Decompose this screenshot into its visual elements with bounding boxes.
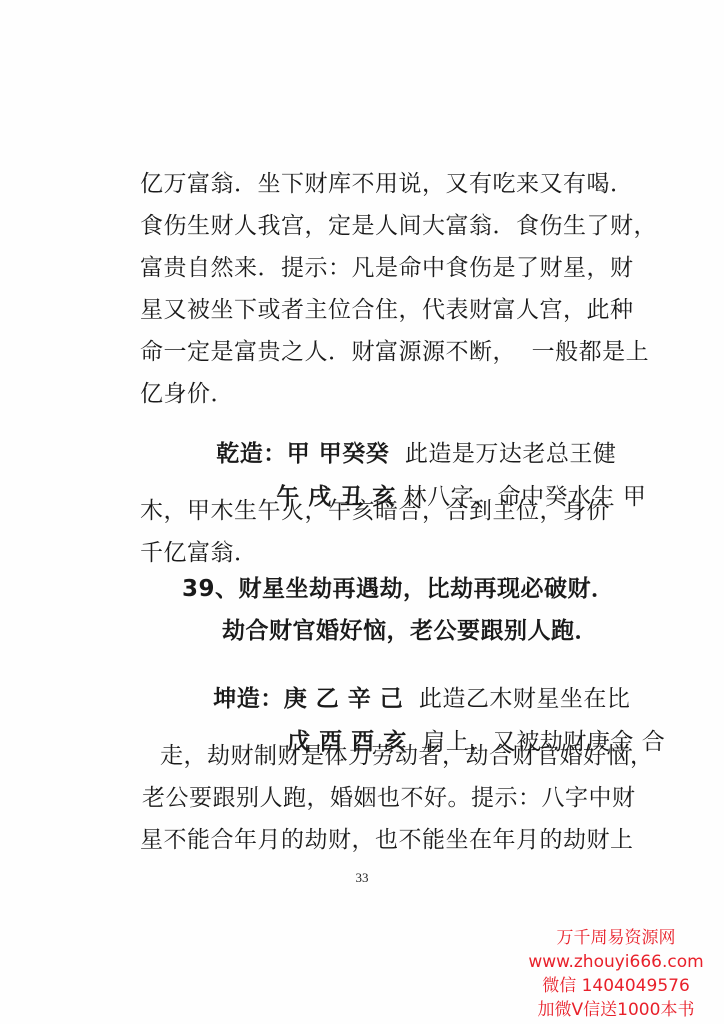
watermark-wechat: 微信 1404049576 — [516, 975, 716, 998]
document-page: 亿万富翁．坐下财库不用说，又有吃来又有喝． 食伤生财人我宫，定是人间大富翁．食伤… — [0, 0, 724, 1024]
text-line: 木，甲木生午火，午亥暗合，合到主位，身价 — [140, 497, 610, 525]
text-line: 亿身价． — [140, 380, 234, 408]
watermark-promo: 加微V信送1000本书 — [516, 999, 716, 1022]
section-subheading: 劫合财官婚好恼，老公要跟别人跑． — [222, 617, 598, 645]
text-line: 亿万富翁．坐下财库不用说，又有吃来又有喝． — [140, 170, 634, 198]
text-line: 走，劫财制财是体力劳动者，劫合财官婚好恼， — [160, 742, 654, 770]
watermark-title: 万千周易资源网 — [516, 927, 716, 950]
page-number: 33 — [0, 870, 724, 886]
watermark-url: www.zhouyi666.com — [516, 951, 716, 974]
text-line: 富贵自然来．提示：凡是命中食伤是了财星，财 — [140, 254, 634, 282]
text-line: 食伤生财人我宫，定是人间大富翁．食伤生了财， — [140, 212, 657, 240]
text-line: 星不能合年月的劫财，也不能坐在年月的劫财上 — [140, 826, 634, 854]
text-line: 老公要跟别人跑，婚姻也不好。提示：八字中财 — [142, 784, 636, 812]
text-line: 千亿富翁． — [140, 539, 258, 567]
section-heading: 39、财星坐劫再遇劫，比劫再现必破财． — [182, 575, 615, 603]
text-line: 星又被坐下或者主位合住，代表财富人宫，此种 — [140, 296, 634, 324]
text-line: 命一定是富贵之人．财富源源不断， 一般都是上 — [140, 338, 649, 366]
